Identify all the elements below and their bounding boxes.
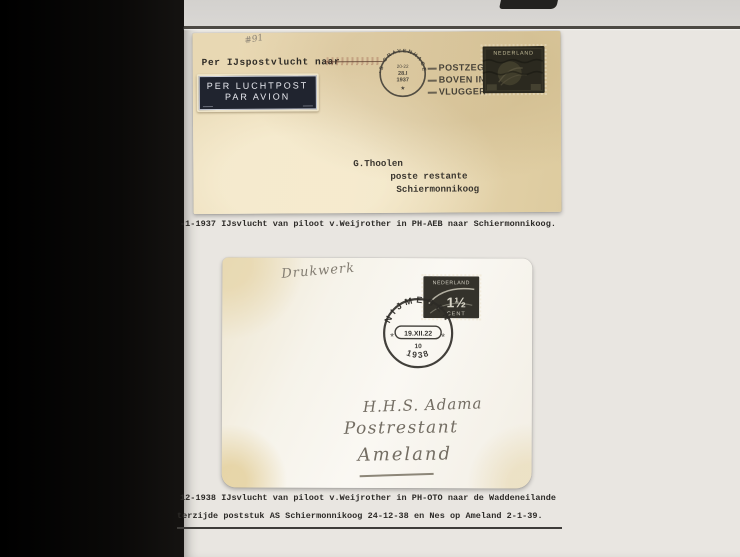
cover-bottom-envelope: Drukwerk NEDERLAND 1½ CENT NIJMEGEN 19.X… [222, 257, 533, 488]
address-line-town: Schiermonnikoog [396, 183, 479, 195]
page-top-dark-patch [499, 0, 558, 9]
cover-top-envelope: #91 Per IJspostvlucht naar PER LUCHTPOST… [192, 31, 561, 214]
address-line-name: G.Thoolen [353, 158, 403, 169]
postmark-town-arc: NIJMEGEN [382, 295, 454, 325]
postmark-star-icon: ★ [400, 85, 405, 92]
stamp-country-text: NEDERLAND [493, 51, 533, 57]
stamp-country-text: NEDERLAND [433, 280, 470, 286]
airmail-label-panel: PER LUCHTPOST PAR AVION [199, 75, 317, 110]
caption-underline [177, 527, 562, 529]
cancel-dash [428, 92, 437, 94]
label-footnote-left [203, 106, 213, 108]
postmark-star-right-icon: * [441, 332, 445, 343]
slogan-cancel-line3: VLUGGER [439, 86, 486, 96]
address-line-name: H.H.S. Adama [363, 394, 483, 416]
svg-text:'S GRAVENHAGE: 'S GRAVENHAGE [379, 49, 427, 73]
address-line-island: Ameland [358, 443, 453, 465]
drukwerk-note: Drukwerk [281, 261, 356, 282]
postmark-s-gravenhage: 'S GRAVENHAGE 20-22 28.I 1937 ★ [378, 49, 428, 99]
postmark-code: 10 [414, 343, 422, 350]
pencil-number-note: #91 [244, 33, 264, 46]
ameland-underline [360, 473, 434, 477]
slogan-cancel-line1: POSTZEG [439, 62, 485, 72]
page-top-band [184, 0, 740, 26]
label-footnote-right [302, 105, 312, 107]
album-photo: #91 Per IJspostvlucht naar PER LUCHTPOST… [0, 0, 740, 557]
caption-bottom-line1: 12-1938 IJsvlucht van piloot v.Weijrothe… [180, 493, 556, 503]
postmark-town-arc: 'S GRAVENHAGE [379, 49, 427, 73]
airmail-label-line2: PAR AVION [207, 91, 309, 103]
cancel-dash [428, 80, 437, 82]
caption-bottom-line2: terzijde poststuk AS Schiermonnikoog 24-… [177, 511, 543, 521]
stamp-top: NEDERLAND [483, 46, 545, 93]
postmark-date: 19.XII.22 [404, 331, 432, 338]
address-line-poste-restante: Postrestant [344, 417, 459, 439]
postmark-hours: 20-22 [397, 64, 409, 69]
address-line-poste-restante: poste restante [390, 170, 467, 181]
airmail-label: PER LUCHTPOST PAR AVION [197, 73, 319, 112]
route-typed-line: Per IJspostvlucht naar [202, 56, 341, 68]
page-top-edge-line [184, 26, 740, 29]
left-backdrop [0, 0, 184, 557]
cancel-dash [428, 68, 437, 70]
postmark-date: 28.I [398, 71, 408, 77]
postmark-year: 1937 [396, 77, 408, 83]
svg-text:NIJMEGEN: NIJMEGEN [382, 295, 454, 325]
airmail-label-line1: PER LUCHTPOST [207, 80, 309, 92]
postmark-nijmegen: NIJMEGEN 19.XII.22 10 * * 1938 [380, 295, 456, 371]
postmark-star-left-icon: * [390, 332, 394, 343]
caption-top: -1-1937 IJsvlucht van piloot v.Weijrothe… [180, 219, 556, 229]
slogan-cancel-line2: BOVEN IN [439, 74, 486, 84]
